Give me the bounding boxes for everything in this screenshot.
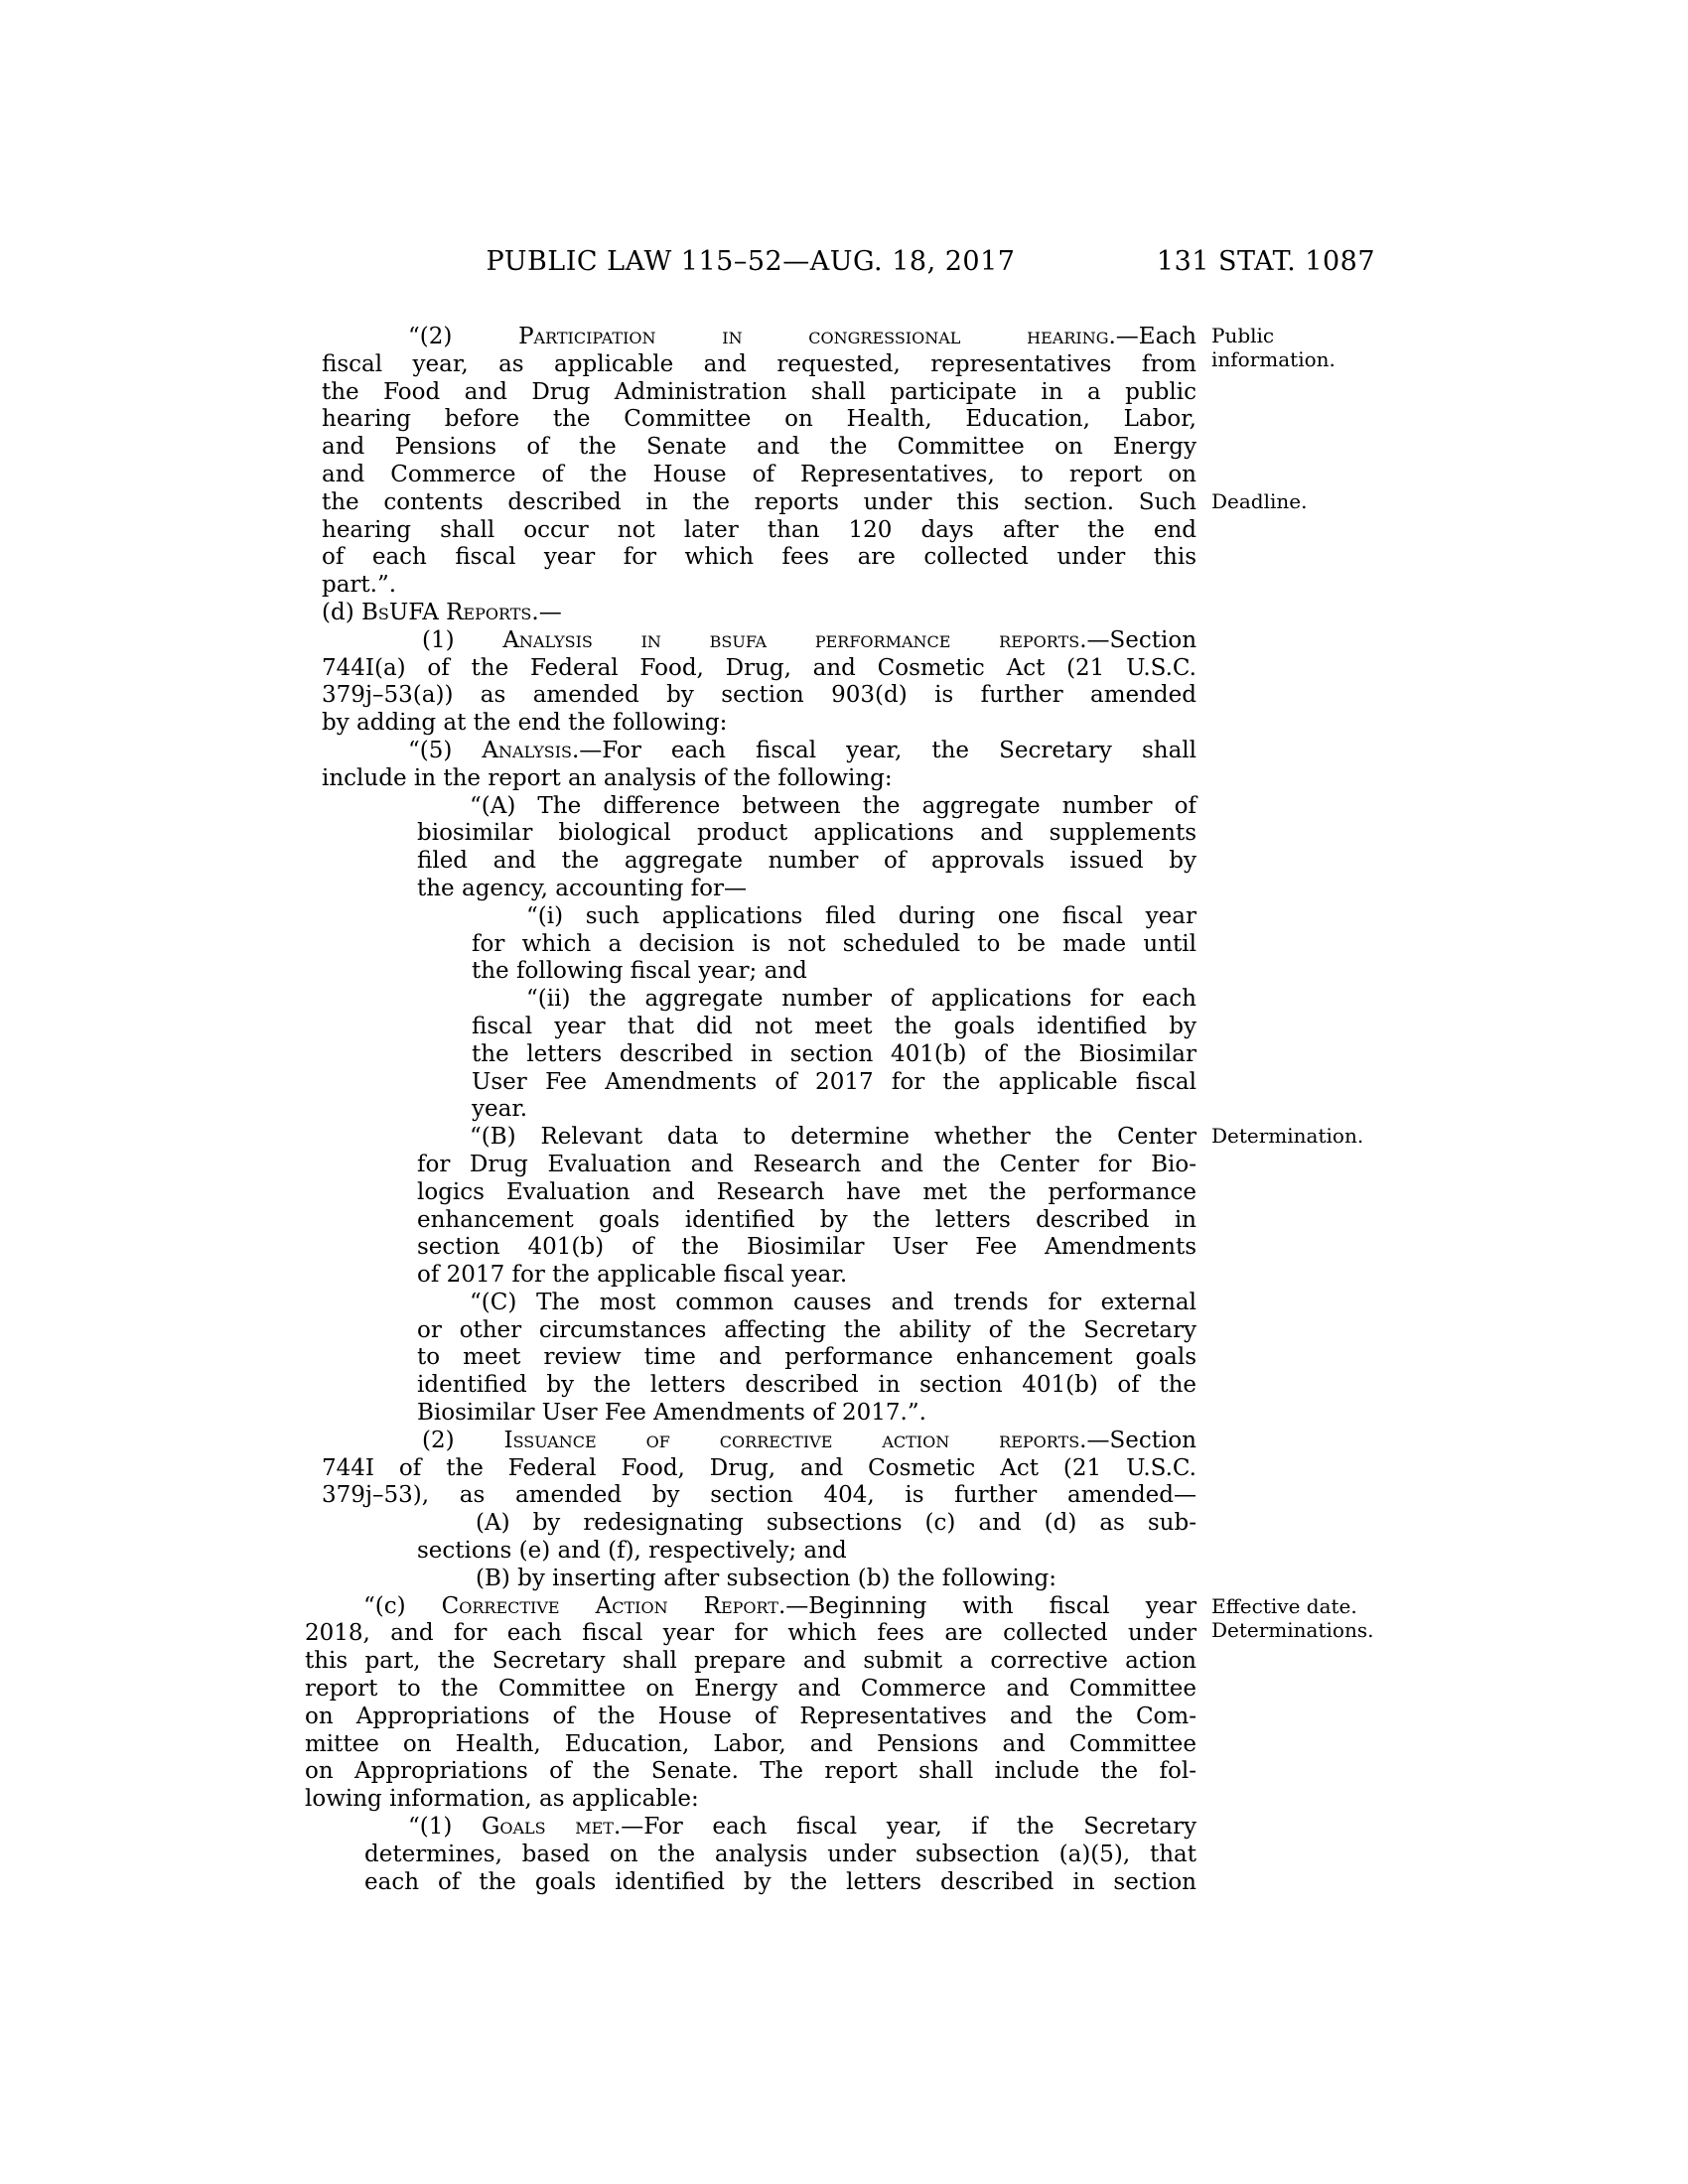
text-segment: (B) by inserting after subsection (b) th…: [476, 1566, 1056, 1591]
text-line: (1) Analysis in bsufa performance report…: [422, 627, 1196, 655]
running-head: PUBLIC LAW 115–52—AUG. 18, 2017: [305, 246, 1196, 278]
text-line: this part, the Secretary shall prepare a…: [305, 1648, 1196, 1676]
text-line: of each fiscal year for which fees are c…: [322, 544, 1196, 572]
text-line: year.: [472, 1096, 1196, 1124]
text-segment: enhancement goals identified by the lett…: [417, 1207, 1196, 1233]
text-line: determines, based on the analysis under …: [364, 1842, 1196, 1869]
text-segment: by adding at the end the following:: [322, 710, 727, 736]
text-segment: section 401(b) of the Biosimilar User Fe…: [417, 1234, 1196, 1260]
text-line: (B) by inserting after subsection (b) th…: [476, 1566, 1196, 1593]
text-segment: on Appropriations of the Senate. The rep…: [305, 1758, 1196, 1784]
statute-page: PUBLIC LAW 115–52—AUG. 18, 2017 131 STAT…: [0, 0, 1688, 2184]
text-line: filed and the aggregate number of approv…: [417, 848, 1196, 876]
text-line: the Food and Drug Administration shall p…: [322, 379, 1196, 407]
text-segment: include in the report an analysis of the…: [322, 765, 893, 791]
text-line: of 2017 for the applicable fiscal year.: [417, 1262, 1196, 1290]
statute-text-column: “(2) Participation in congressional hear…: [305, 324, 1196, 1896]
text-line: “(c) Corrective Action Report.—Beginning…: [363, 1593, 1196, 1621]
margin-note: Effective date.Determinations.: [1211, 1594, 1405, 1642]
text-segment: hearing before the Committee on Health, …: [322, 406, 1196, 432]
text-segment: “(5): [408, 738, 482, 763]
text-segment: fiscal year, as applicable and requested…: [322, 351, 1196, 377]
text-segment: “(C) The most common causes and trends f…: [470, 1290, 1196, 1315]
text-line: identified by the letters described in s…: [417, 1372, 1196, 1400]
margin-note-line: information.: [1211, 347, 1405, 371]
text-line: User Fee Amendments of 2017 for the appl…: [472, 1069, 1196, 1097]
text-segment: (d): [322, 600, 361, 625]
text-segment: (2): [422, 1428, 504, 1453]
text-segment: .—: [531, 600, 561, 625]
text-segment: biosimilar biological product applicatio…: [417, 820, 1196, 846]
text-line: mittee on Health, Education, Labor, and …: [305, 1731, 1196, 1759]
margin-note-line: Effective date.: [1211, 1594, 1405, 1618]
text-line: (d) BsUFA Reports.—: [322, 600, 1196, 627]
text-line: for Drug Evaluation and Research and the…: [417, 1152, 1196, 1179]
text-line: section 401(b) of the Biosimilar User Fe…: [417, 1234, 1196, 1262]
text-line: enhancement goals identified by the lett…: [417, 1207, 1196, 1235]
text-segment: “(ii) the aggregate number of applicatio…: [526, 986, 1196, 1012]
text-line: on Appropriations of the Senate. The rep…: [305, 1758, 1196, 1786]
text-line: hearing shall occur not later than 120 d…: [322, 517, 1196, 545]
text-segment: identified by the letters described in s…: [417, 1372, 1196, 1398]
text-segment: (A) by redesignating subsections (c) and…: [476, 1510, 1196, 1536]
text-line: each of the goals identified by the lett…: [364, 1869, 1196, 1897]
text-segment: logics Evaluation and Research have met …: [417, 1179, 1196, 1205]
text-line: fiscal year that did not meet the goals …: [472, 1014, 1196, 1041]
text-line: include in the report an analysis of the…: [322, 765, 1196, 793]
text-line: the contents described in the reports un…: [322, 489, 1196, 517]
text-segment: lowing information, as applicable:: [305, 1786, 699, 1812]
text-segment: the letters described in section 401(b) …: [472, 1041, 1196, 1067]
small-caps-heading-text: Corrective Action Report: [442, 1593, 778, 1619]
text-segment: “(A) The difference between the aggregat…: [470, 793, 1196, 819]
text-segment: “(1): [408, 1814, 482, 1840]
text-line: “(2) Participation in congressional hear…: [408, 324, 1196, 351]
text-segment: year.: [472, 1096, 527, 1122]
text-line: sections (e) and (f), respectively; and: [417, 1538, 1196, 1566]
text-segment: “(i) such applications filed during one …: [526, 903, 1196, 929]
text-segment: of 2017 for the applicable fiscal year.: [417, 1262, 847, 1288]
text-line: part.”.: [322, 572, 1196, 600]
text-line: by adding at the end the following:: [322, 710, 1196, 738]
text-segment: part.”.: [322, 572, 396, 598]
text-segment: for Drug Evaluation and Research and the…: [417, 1152, 1196, 1177]
text-segment: (1): [422, 627, 502, 653]
small-caps-heading-text: Analysis: [482, 738, 572, 763]
small-caps-heading-text: Issuance of corrective action reports: [504, 1428, 1080, 1453]
text-segment: 2018, and for each fiscal year for which…: [305, 1620, 1196, 1646]
text-segment: this part, the Secretary shall prepare a…: [305, 1648, 1196, 1674]
text-line: hearing before the Committee on Health, …: [322, 406, 1196, 434]
margin-note-line: Determinations.: [1211, 1618, 1405, 1642]
margin-note-line: Public: [1211, 324, 1405, 347]
text-segment: filed and the aggregate number of approv…: [417, 848, 1196, 874]
text-segment: the Food and Drug Administration shall p…: [322, 379, 1196, 405]
small-caps-heading-text: Goals met: [482, 1814, 614, 1840]
text-line: “(B) Relevant data to determine whether …: [470, 1124, 1196, 1152]
text-line: “(i) such applications filed during one …: [526, 903, 1196, 931]
small-caps-heading-text: BsUFA Reports: [361, 600, 531, 625]
text-line: “(A) The difference between the aggregat…: [470, 793, 1196, 821]
text-line: “(1) Goals met.—For each fiscal year, if…: [408, 1814, 1196, 1842]
text-segment: .—Beginning with fiscal year: [778, 1593, 1196, 1619]
text-segment: .—Section: [1079, 1428, 1196, 1453]
text-line: the agency, accounting for—: [417, 876, 1196, 903]
margin-note-line: Deadline.: [1211, 489, 1405, 513]
text-line: (2) Issuance of corrective action report…: [422, 1428, 1196, 1455]
text-segment: and Commerce of the House of Representat…: [322, 462, 1196, 487]
text-segment: Biosimilar User Fee Amendments of 2017.”…: [417, 1400, 926, 1426]
small-caps-heading-text: Analysis in bsufa performance reports: [502, 627, 1079, 653]
text-line: 2018, and for each fiscal year for which…: [305, 1620, 1196, 1648]
text-segment: 744I of the Federal Food, Drug, and Cosm…: [322, 1455, 1196, 1481]
text-segment: .—For each fiscal year, if the Secretary: [614, 1814, 1196, 1840]
text-segment: 744I(a) of the Federal Food, Drug, and C…: [322, 655, 1196, 681]
text-segment: to meet review time and performance enha…: [417, 1344, 1196, 1370]
text-line: and Pensions of the Senate and the Commi…: [322, 434, 1196, 462]
text-segment: .—Each: [1108, 324, 1196, 349]
small-caps-heading-text: Participation in congressional hearing: [518, 324, 1108, 349]
text-segment: the following fiscal year; and: [472, 958, 807, 984]
text-line: “(C) The most common causes and trends f…: [470, 1290, 1196, 1317]
text-segment: .—For each fiscal year, the Secretary sh…: [572, 738, 1196, 763]
text-line: “(5) Analysis.—For each fiscal year, the…: [408, 738, 1196, 765]
text-line: fiscal year, as applicable and requested…: [322, 351, 1196, 379]
text-line: the letters described in section 401(b) …: [472, 1041, 1196, 1069]
text-line: 379j–53(a)) as amended by section 903(d)…: [322, 682, 1196, 710]
text-line: the following fiscal year; and: [472, 958, 1196, 986]
text-segment: mittee on Health, Education, Labor, and …: [305, 1731, 1196, 1757]
text-line: to meet review time and performance enha…: [417, 1344, 1196, 1372]
text-segment: “(2): [408, 324, 518, 349]
text-segment: and Pensions of the Senate and the Commi…: [322, 434, 1196, 460]
text-segment: each of the goals identified by the lett…: [364, 1869, 1196, 1895]
text-line: 744I of the Federal Food, Drug, and Cosm…: [322, 1455, 1196, 1483]
text-segment: the agency, accounting for—: [417, 876, 747, 901]
text-segment: on Appropriations of the House of Repres…: [305, 1704, 1196, 1729]
text-segment: or other circumstances affecting the abi…: [417, 1317, 1196, 1343]
text-segment: the contents described in the reports un…: [322, 489, 1196, 515]
text-line: or other circumstances affecting the abi…: [417, 1317, 1196, 1345]
text-segment: .—Section: [1079, 627, 1196, 653]
text-line: lowing information, as applicable:: [305, 1786, 1196, 1814]
text-line: for which a decision is not scheduled to…: [472, 931, 1196, 959]
text-segment: “(c): [363, 1593, 442, 1619]
text-line: 744I(a) of the Federal Food, Drug, and C…: [322, 655, 1196, 683]
text-line: logics Evaluation and Research have met …: [417, 1179, 1196, 1207]
margin-note: Publicinformation.: [1211, 324, 1405, 371]
text-line: and Commerce of the House of Representat…: [322, 462, 1196, 489]
text-segment: 379j–53(a)) as amended by section 903(d)…: [322, 682, 1196, 708]
text-segment: of each fiscal year for which fees are c…: [322, 544, 1196, 570]
text-line: report to the Committee on Energy and Co…: [305, 1676, 1196, 1704]
text-line: 379j–53), as amended by section 404, is …: [322, 1482, 1196, 1510]
text-segment: User Fee Amendments of 2017 for the appl…: [472, 1069, 1196, 1095]
margin-note-line: Determination.: [1211, 1124, 1405, 1148]
margin-note: Determination.: [1211, 1124, 1405, 1148]
text-line: Biosimilar User Fee Amendments of 2017.”…: [417, 1400, 1196, 1428]
text-line: (A) by redesignating subsections (c) and…: [476, 1510, 1196, 1538]
text-segment: 379j–53), as amended by section 404, is …: [322, 1482, 1196, 1508]
text-segment: determines, based on the analysis under …: [364, 1842, 1196, 1867]
text-segment: fiscal year that did not meet the goals …: [472, 1014, 1196, 1039]
stat-page-number: 131 STAT. 1087: [1092, 246, 1375, 278]
text-segment: for which a decision is not scheduled to…: [472, 931, 1196, 957]
text-segment: sections (e) and (f), respectively; and: [417, 1538, 847, 1564]
text-segment: hearing shall occur not later than 120 d…: [322, 517, 1196, 543]
text-segment: report to the Committee on Energy and Co…: [305, 1676, 1196, 1702]
text-line: biosimilar biological product applicatio…: [417, 820, 1196, 848]
text-line: on Appropriations of the House of Repres…: [305, 1704, 1196, 1731]
text-line: “(ii) the aggregate number of applicatio…: [526, 986, 1196, 1014]
text-segment: “(B) Relevant data to determine whether …: [470, 1124, 1196, 1150]
margin-note: Deadline.: [1211, 489, 1405, 513]
